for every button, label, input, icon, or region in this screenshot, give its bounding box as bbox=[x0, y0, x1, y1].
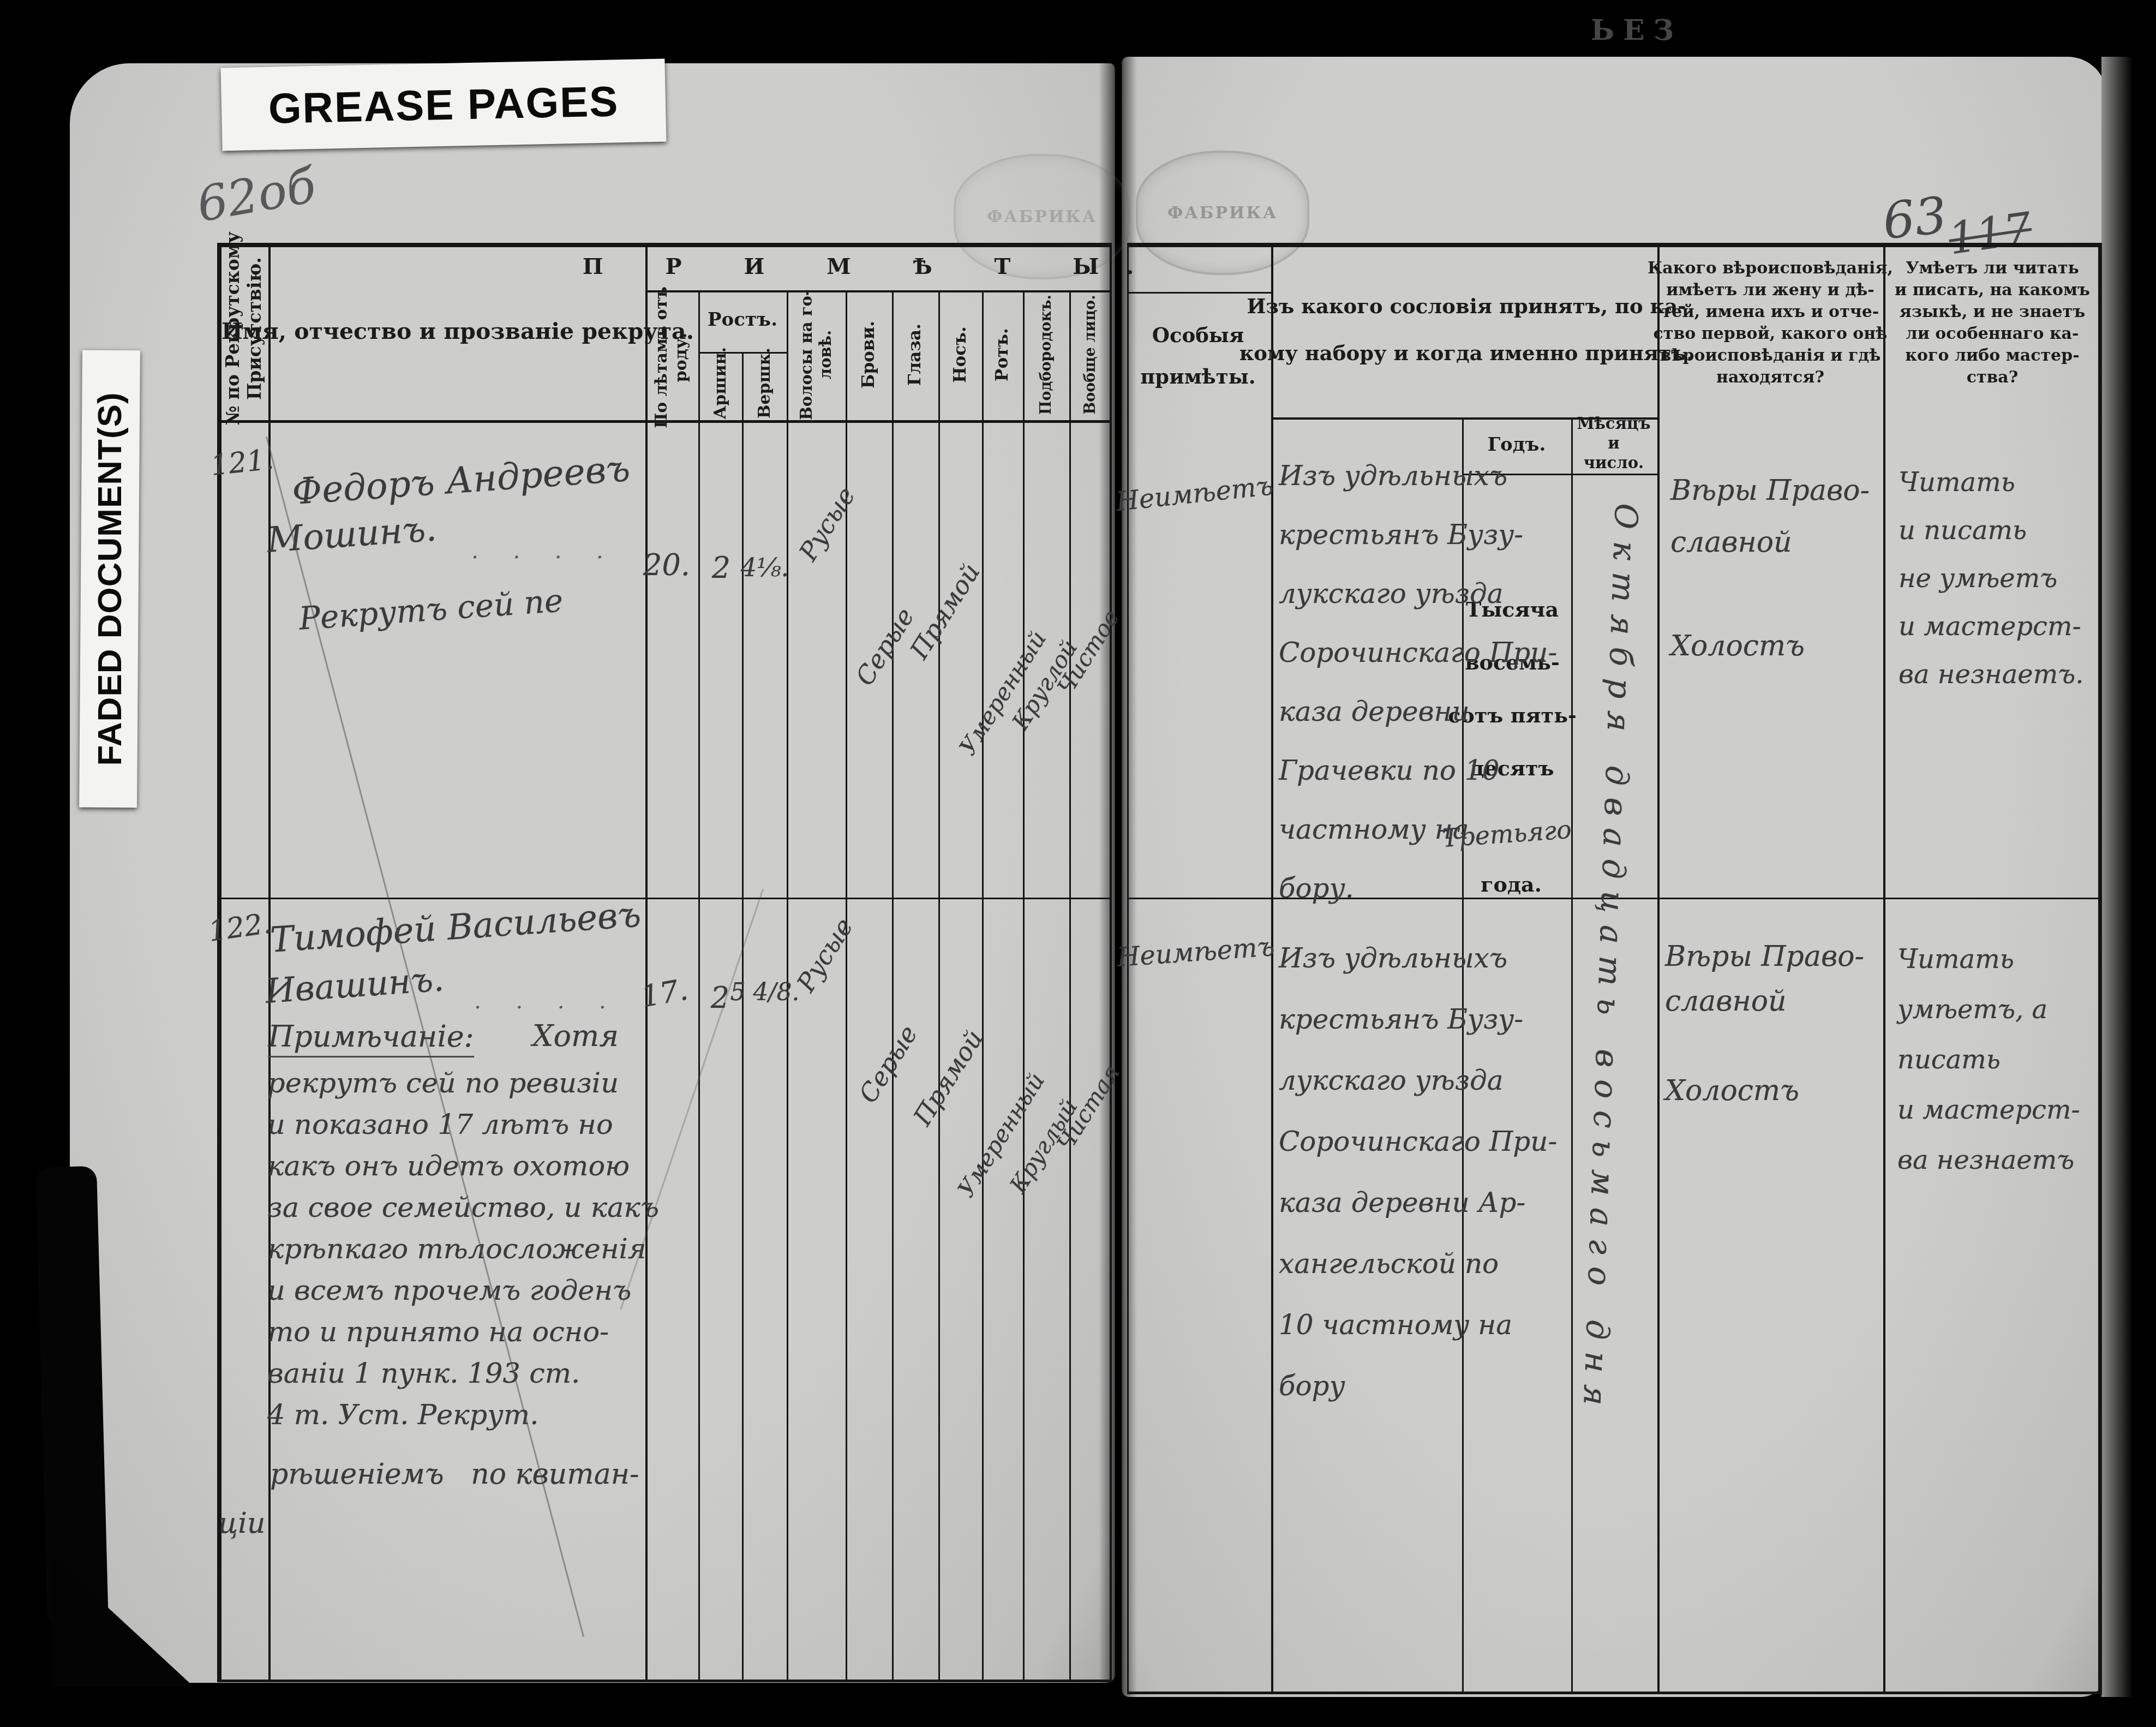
estate-entry: Изъ удѣльныхъ крестьянъ Бузу- лукскаго у… bbox=[1279, 928, 1557, 1417]
estate-entry: Изъ удѣльныхъ крестьянъ Бузу- лукскаго у… bbox=[1279, 446, 1557, 918]
stamp-text: ФАБРИКА bbox=[1167, 204, 1278, 223]
table-line bbox=[698, 290, 700, 1681]
table-line bbox=[2098, 243, 2102, 1693]
header-age: По лѣтамъ отъ роду. bbox=[652, 286, 691, 428]
note-tail: ціи bbox=[218, 1507, 265, 1540]
row-number: 121. bbox=[209, 443, 275, 482]
header-vershok: Вершк. bbox=[755, 348, 774, 419]
table-line bbox=[217, 1680, 1112, 1682]
table-line bbox=[645, 290, 1112, 292]
dot-leaders: . . . . bbox=[474, 989, 606, 1014]
religion-entry: Вѣры Право- славной Холостъ bbox=[1665, 934, 1864, 1113]
age-value: 20. bbox=[643, 548, 690, 582]
gutter-shadow bbox=[1099, 55, 1137, 1699]
faint-top-mark: ЬЕЗ bbox=[1591, 14, 1682, 47]
header-face: Вообще лицо. bbox=[1082, 295, 1099, 414]
literacy-entry: Читать и писать не умѣетъ и мастерст- ва… bbox=[1899, 458, 2083, 698]
header-eyes: Глаза. bbox=[905, 324, 925, 386]
header-arshin: Аршин. bbox=[711, 347, 730, 419]
table-line bbox=[1110, 243, 1112, 1681]
header-hair: Волосы на го- ловѣ. bbox=[797, 289, 835, 420]
note-first-word: Хотя bbox=[532, 1019, 619, 1053]
table-line bbox=[892, 290, 894, 1681]
note-block: рекрутъ сей по ревизіи и показано 17 лѣт… bbox=[267, 1063, 659, 1436]
literacy-entry: Читать умѣетъ, а писать и мастерст- ва н… bbox=[1897, 934, 2080, 1185]
table-line bbox=[1883, 243, 1885, 1693]
table-line bbox=[1127, 1692, 2102, 1694]
header-religion: Какого вѣроисповѣданія, имѣетъ ли жену и… bbox=[1648, 258, 1893, 389]
grease-pages-text: GREASE PAGES bbox=[268, 76, 619, 133]
table-line bbox=[645, 243, 648, 1681]
header-nose: Носъ. bbox=[950, 326, 970, 383]
header-literacy: Умѣетъ ли читать и писать, на какомъ язы… bbox=[1895, 258, 2090, 389]
arshin-value: 2 bbox=[712, 551, 730, 585]
table-line bbox=[1271, 243, 1273, 1693]
stamp-text: ФАБРИКА bbox=[987, 207, 1097, 226]
vershok-value: 4⅛. bbox=[741, 553, 789, 582]
note-heading: Примѣчаніе: bbox=[268, 1019, 474, 1057]
header-recruit-name: Имя, отчество и прозваніе рекрута. bbox=[221, 318, 694, 344]
book-spine-fragment bbox=[35, 1166, 109, 1629]
header-mouth: Ротъ. bbox=[992, 328, 1012, 381]
header-brows: Брови. bbox=[859, 321, 878, 389]
header-month-day: Мѣсяцъ и число. bbox=[1577, 414, 1650, 473]
table-line bbox=[982, 290, 984, 1681]
header-special-marks: Особыя примѣты. bbox=[1140, 314, 1255, 397]
header-primety: П Р И М Ѣ Т Ы. bbox=[583, 254, 1161, 279]
table-line bbox=[938, 290, 940, 1681]
table-line bbox=[742, 352, 744, 1681]
book-scan: ФАБРИКА ФАБРИКА GREASE PAGES FADED DOCUM… bbox=[0, 0, 2156, 1727]
dot-leaders: . . . . bbox=[471, 539, 603, 564]
folio-number-right: 63 bbox=[1880, 186, 1950, 251]
header-estate: Изъ какого сословія принятъ, по ка- кому… bbox=[1239, 283, 1694, 377]
right-page-edge bbox=[2101, 57, 2134, 1697]
note-tail: рѣшеніемъ по квитан- bbox=[270, 1458, 639, 1491]
vershok-value: 5 4/8. bbox=[730, 978, 800, 1006]
header-height: Ростъ. bbox=[708, 309, 777, 331]
table-line bbox=[1127, 243, 2102, 247]
embossed-stamp-right: ФАБРИКА bbox=[1136, 151, 1309, 275]
table-line bbox=[1023, 290, 1025, 1681]
table-line bbox=[217, 243, 1112, 247]
grease-pages-label: GREASE PAGES bbox=[220, 58, 666, 151]
religion-entry: Вѣры Право- славной Холостъ bbox=[1670, 465, 1870, 672]
faded-documents-text: FADED DOCUMENT(S) bbox=[91, 392, 129, 766]
table-line bbox=[1069, 290, 1071, 1681]
table-line bbox=[1657, 243, 1660, 1693]
header-chin: Подбородокъ. bbox=[1038, 295, 1055, 415]
table-line bbox=[217, 898, 1112, 899]
